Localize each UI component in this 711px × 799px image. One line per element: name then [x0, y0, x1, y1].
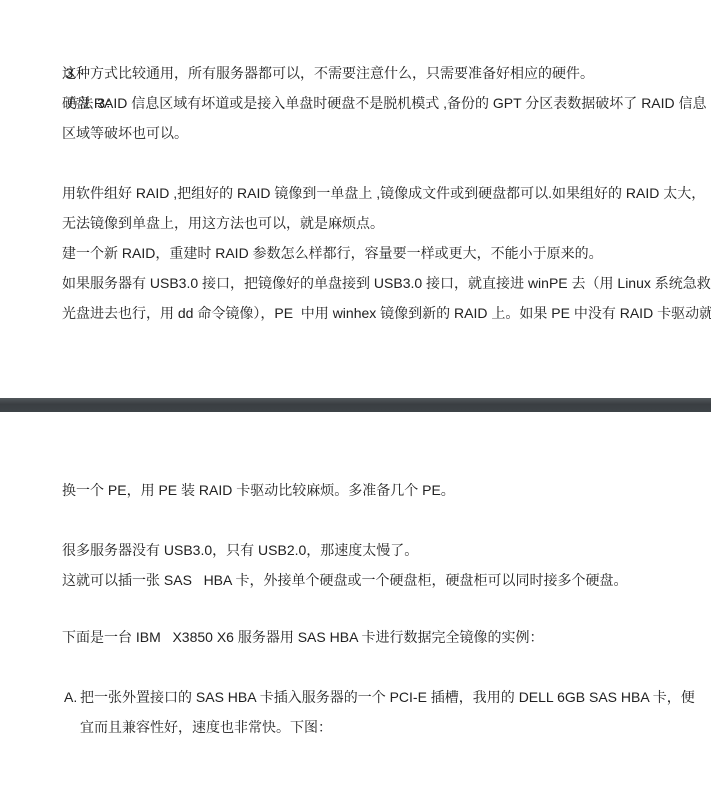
page-break-bar: [0, 398, 711, 412]
page-1-content: 3. 方法 3： 这种方式比较通用，所有服务器都可以，不需要注意什么，只需要准备…: [0, 0, 711, 328]
list-item-a: A. 把一张外置接口的 SAS HBA 卡插入服务器的一个 PCI-E 插槽，我…: [0, 682, 711, 742]
text-line: 下面是一台 IBM X3850 X6 服务器用 SAS HBA 卡进行数据完全镜…: [62, 622, 711, 652]
text-line: 宜而且兼容性好，速度也非常快。下图：: [64, 712, 711, 742]
text-line: 很多服务器没有 USB3.0，只有 USB2.0，那速度太慢了。: [62, 535, 711, 565]
text-line: 光盘进去也行，用 dd 命令镜像），PE 中用 winhex 镜像到新的 RAI…: [62, 298, 711, 328]
text-line: A. 把一张外置接口的 SAS HBA 卡插入服务器的一个 PCI-E 插槽，我…: [64, 682, 711, 712]
paragraph-2: 用软件组好 RAID ,把组好的 RAID 镜像到一单盘上 ,镜像成文件或到硬盘…: [0, 178, 711, 328]
text-line: 无法镜像到单盘上，用这方法也可以，就是麻烦点。: [62, 208, 711, 238]
text-line: 如果服务器有 USB3.0 接口，把镜像好的单盘接到 USB3.0 接口，就直接…: [62, 268, 711, 298]
text-line: 建一个新 RAID，重建时 RAID 参数怎么样都行，容量要一样或更大，不能小于…: [62, 238, 711, 268]
text-line: 用软件组好 RAID ,把组好的 RAID 镜像到一单盘上 ,镜像成文件或到硬盘…: [62, 178, 711, 208]
numbered-heading: 3. 方法 3：: [0, 28, 711, 58]
text-line: 这就可以插一张 SAS HBA 卡，外接单个硬盘或一个硬盘柜，硬盘柜可以同时接多…: [62, 565, 711, 595]
item-a-text: 把一张外置接口的 SAS HBA 卡插入服务器的一个 PCI-E 插槽，我用的 …: [80, 682, 695, 712]
text-line: 这种方式比较通用，所有服务器都可以，不需要注意什么，只需要准备好相应的硬件。: [62, 58, 711, 88]
item-a-marker: A.: [64, 682, 80, 712]
document-page: 3. 方法 3： 这种方式比较通用，所有服务器都可以，不需要注意什么，只需要准备…: [0, 0, 711, 799]
paragraph-3: 换一个 PE，用 PE 装 RAID 卡驱动比较麻烦。多准备几个 PE。: [0, 475, 711, 505]
paragraph-5: 下面是一台 IBM X3850 X6 服务器用 SAS HBA 卡进行数据完全镜…: [0, 622, 711, 652]
paragraph-4: 很多服务器没有 USB3.0，只有 USB2.0，那速度太慢了。 这就可以插一张…: [0, 535, 711, 595]
text-line: 区域等破坏也可以。: [62, 118, 711, 148]
page-2-content: 换一个 PE，用 PE 装 RAID 卡驱动比较麻烦。多准备几个 PE。 很多服…: [0, 475, 711, 742]
text-line: 换一个 PE，用 PE 装 RAID 卡驱动比较麻烦。多准备几个 PE。: [62, 475, 711, 505]
paragraph-1: 这种方式比较通用，所有服务器都可以，不需要注意什么，只需要准备好相应的硬件。 硬…: [0, 58, 711, 148]
text-line: 硬盘 RAID 信息区域有坏道或是接入单盘时硬盘不是脱机模式 ,备份的 GPT …: [62, 88, 711, 118]
